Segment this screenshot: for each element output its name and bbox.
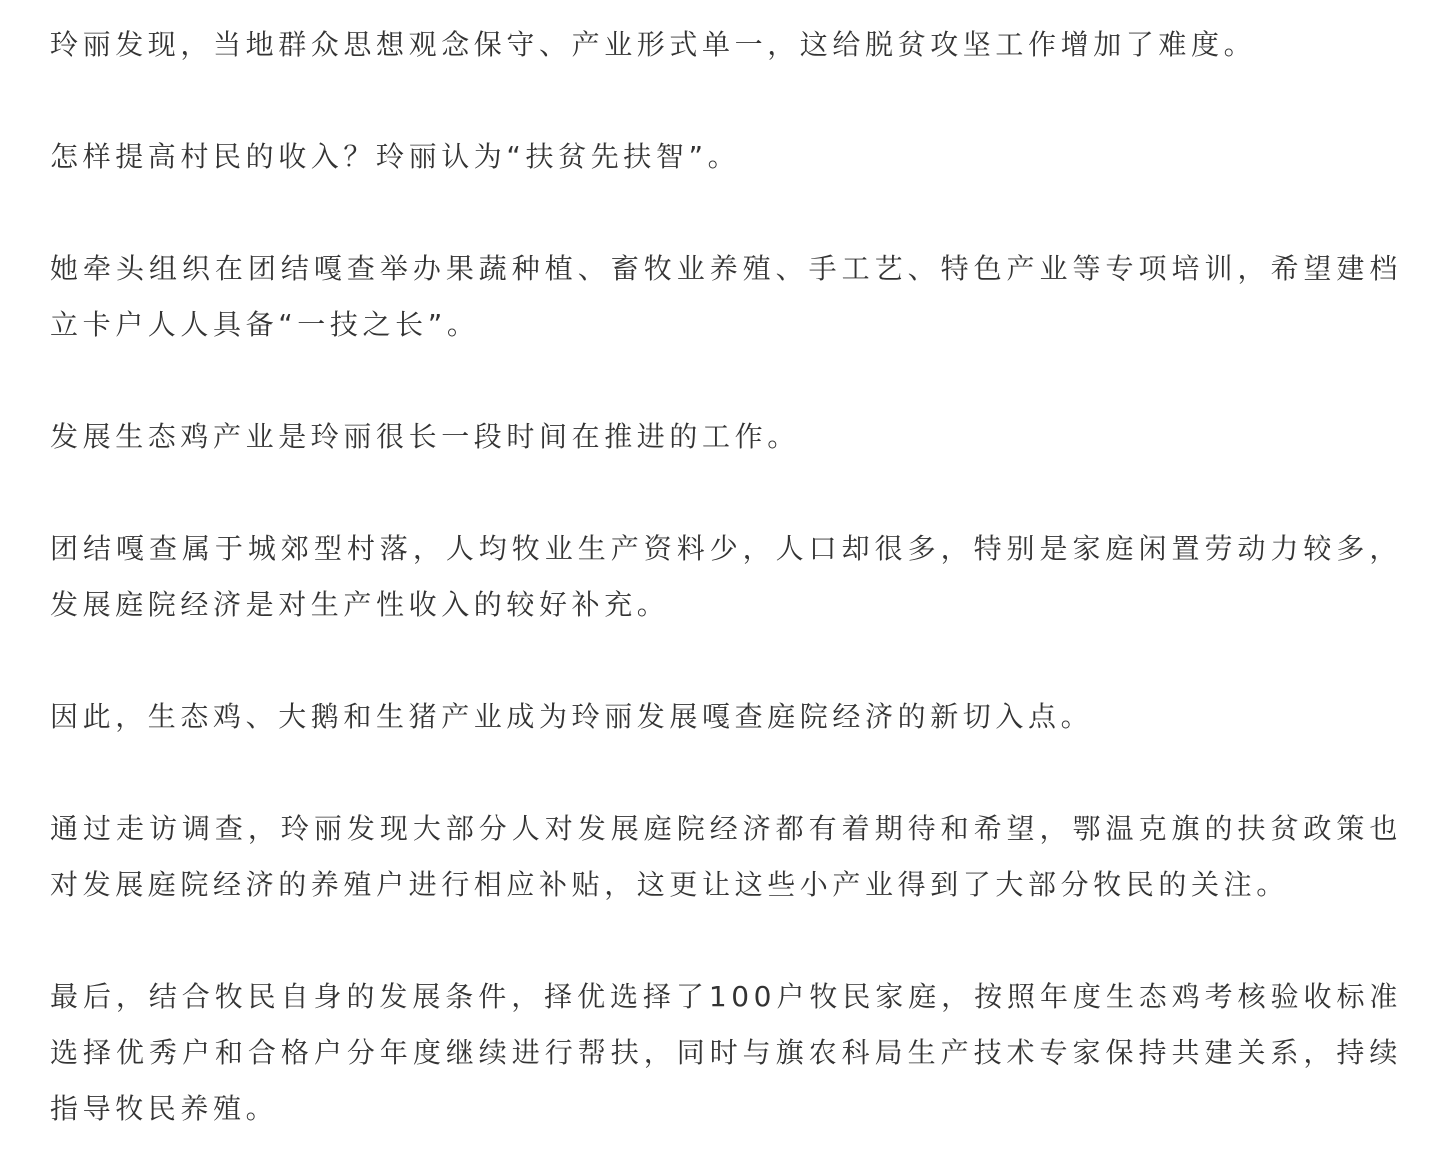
paragraph-4: 发展生态鸡产业是玲丽很长一段时间在推进的工作。 [50,409,1402,465]
paragraph-3: 她牵头组织在团结嘎查举办果蔬种植、畜牧业养殖、手工艺、特色产业等专项培训，希望建… [50,241,1402,353]
article-body: 玲丽发现，当地群众思想观念保守、产业形式单一，这给脱贫攻坚工作增加了难度。 怎样… [50,17,1402,1137]
paragraph-6: 因此，生态鸡、大鹅和生猪产业成为玲丽发展嘎查庭院经济的新切入点。 [50,689,1402,745]
paragraph-8: 最后，结合牧民自身的发展条件，择优选择了100户牧民家庭，按照年度生态鸡考核验收… [50,969,1402,1137]
paragraph-5: 团结嘎查属于城郊型村落，人均牧业生产资料少，人口却很多，特别是家庭闲置劳动力较多… [50,521,1402,633]
paragraph-2: 怎样提高村民的收入？玲丽认为“扶贫先扶智”。 [50,129,1402,185]
paragraph-1: 玲丽发现，当地群众思想观念保守、产业形式单一，这给脱贫攻坚工作增加了难度。 [50,17,1402,73]
paragraph-7: 通过走访调查，玲丽发现大部分人对发展庭院经济都有着期待和希望，鄂温克旗的扶贫政策… [50,801,1402,913]
